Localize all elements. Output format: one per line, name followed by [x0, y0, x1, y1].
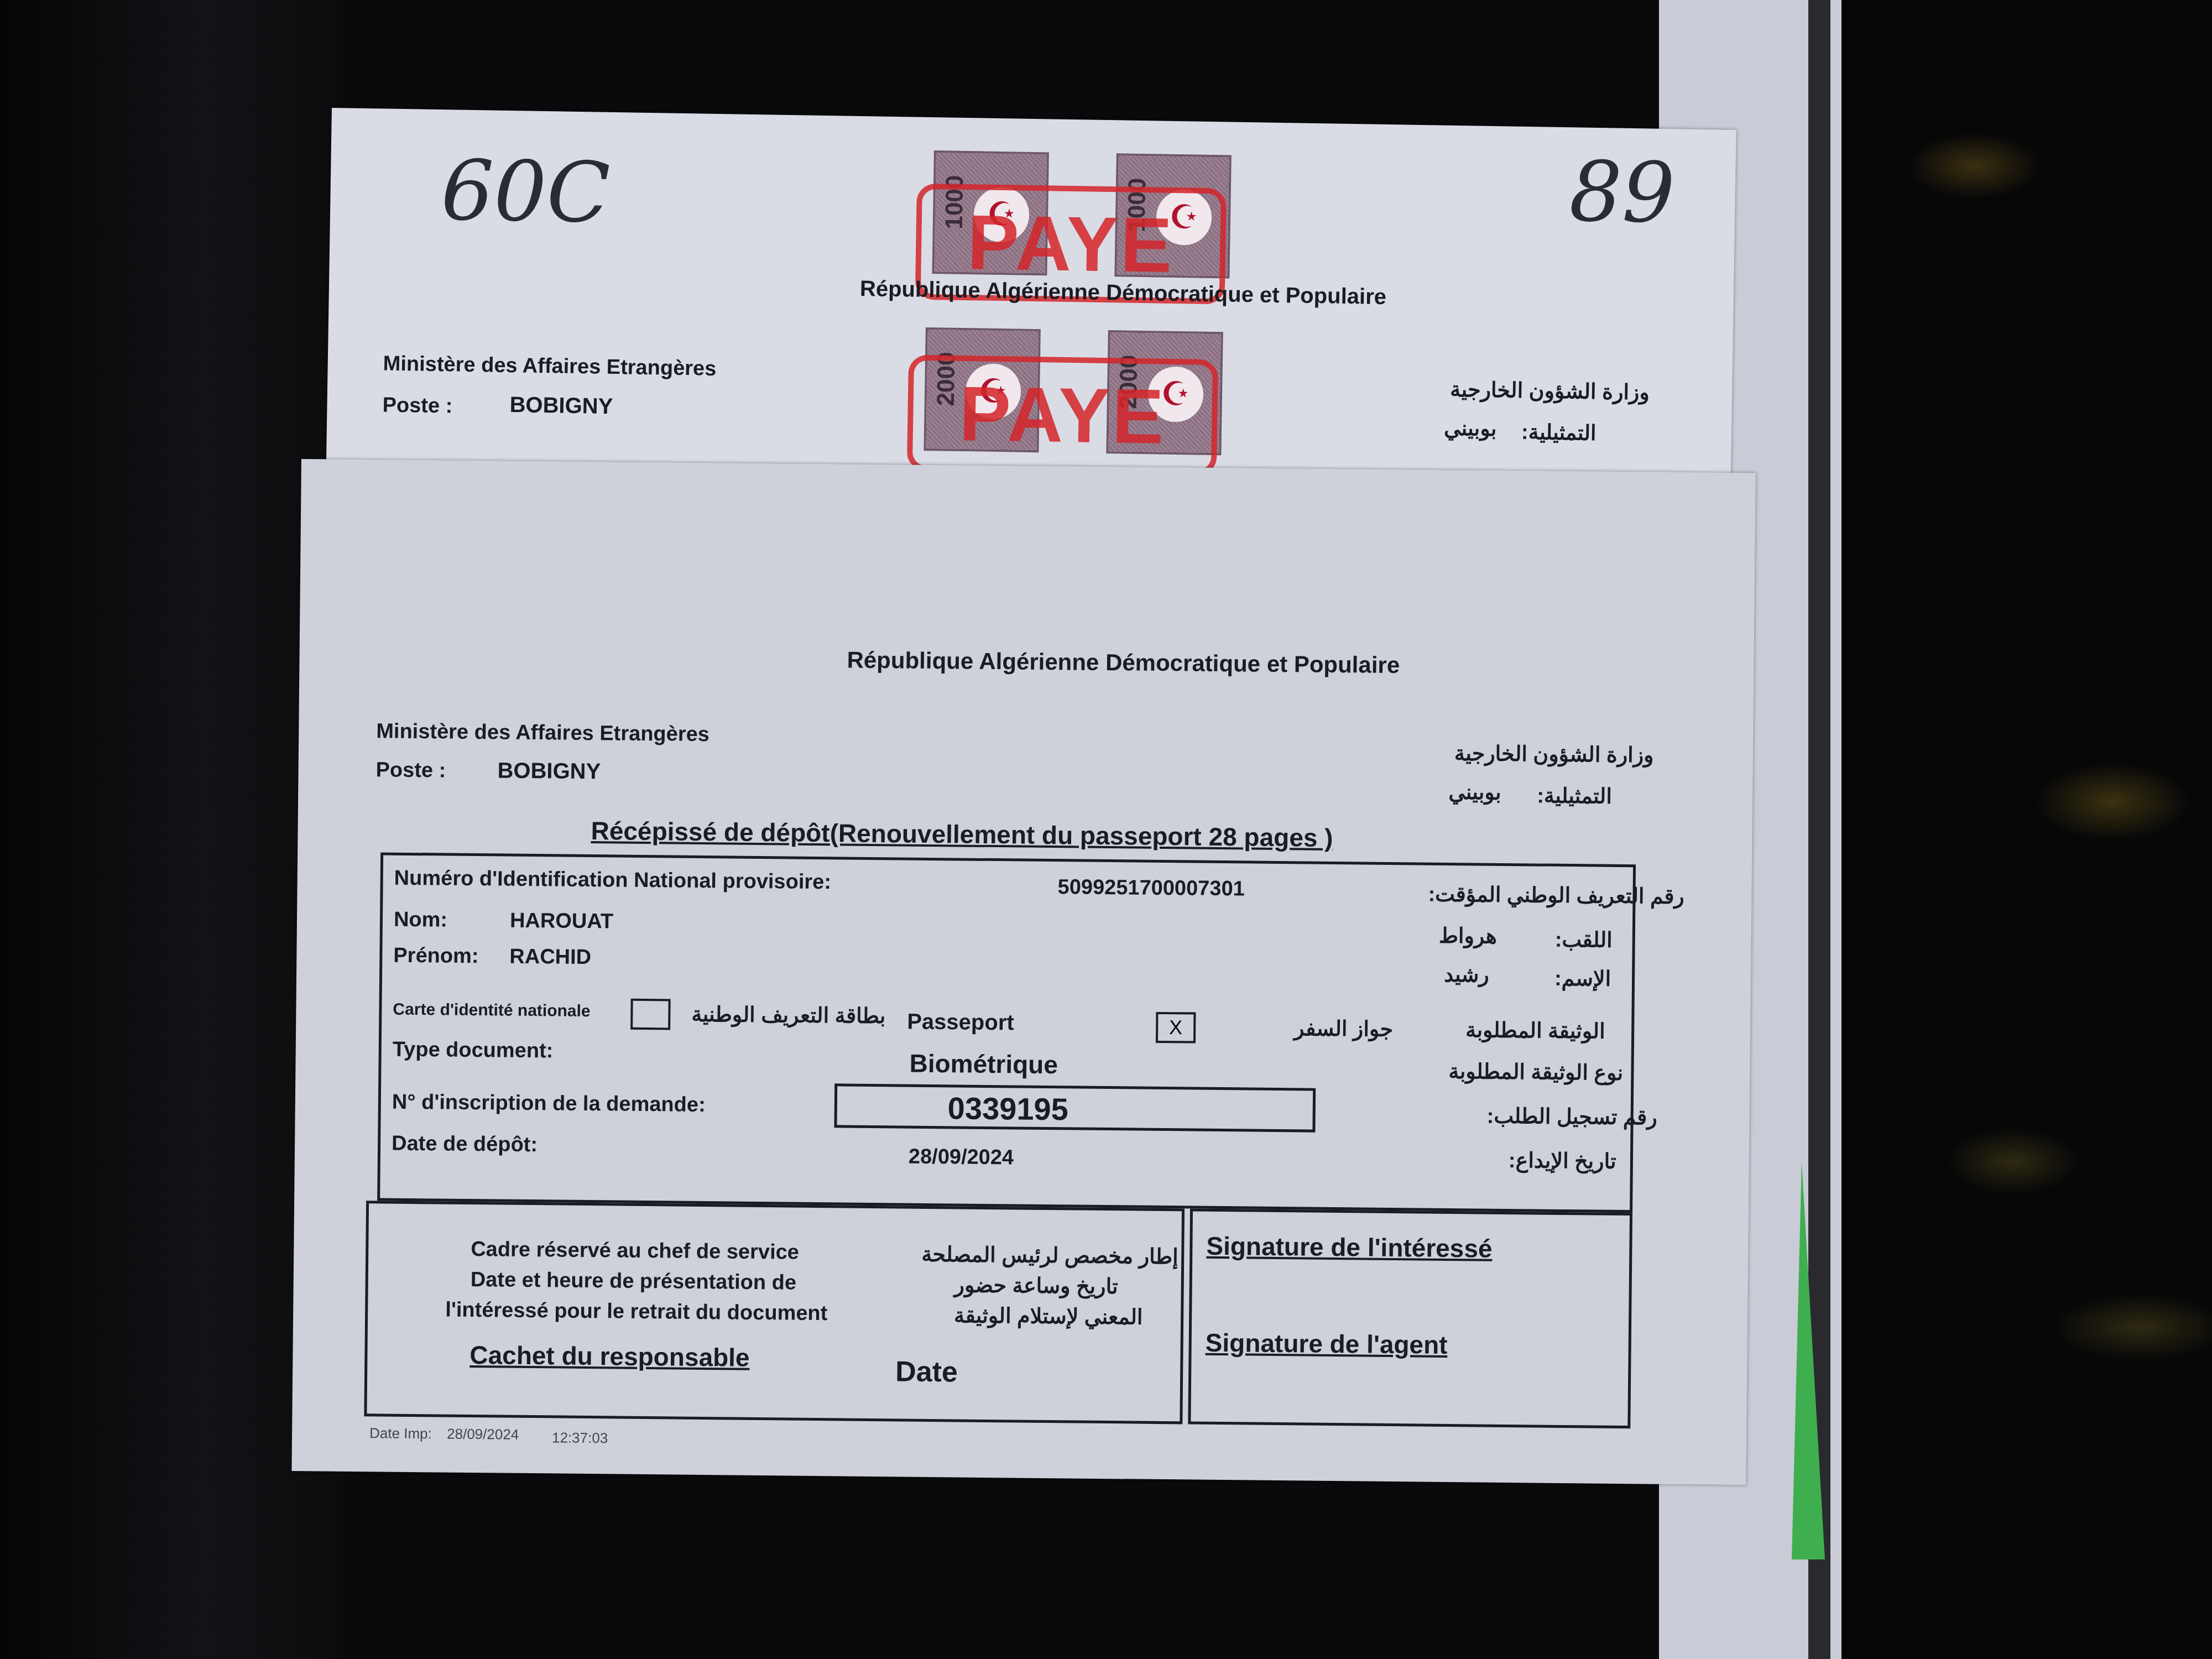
- receipt-title: Récépissé de dépôt(Renouvellement du pas…: [591, 816, 1333, 853]
- date-depot-label-ar: تاريخ الإيداع:: [1509, 1148, 1616, 1174]
- signature-interesse: Signature de l'intéressé: [1206, 1231, 1493, 1264]
- cni-label-ar: بطاقة التعريف الوطنية: [691, 1002, 886, 1029]
- representation-value-ar: بوبيني: [1444, 416, 1497, 441]
- handwritten-note-right: 89: [1569, 144, 1676, 242]
- inscription-label: N° d'inscription de la demande:: [392, 1091, 706, 1117]
- poste-label: Poste :: [382, 394, 452, 419]
- passport-label: Passeport: [907, 1010, 1014, 1036]
- chef-box-ar-line1: إطار مخصص لرئيس المصلحة: [921, 1242, 1178, 1269]
- nin-label-ar: رقم التعريف الوطني المؤقت:: [1428, 882, 1684, 909]
- nin-label: Numéro d'Identification National proviso…: [394, 867, 832, 895]
- background-fabric: [1836, 0, 2212, 1659]
- chef-service-box: Cadre réservé au chef de service Date et…: [364, 1201, 1185, 1424]
- poste-value: BOBIGNY: [497, 758, 601, 784]
- chef-box-line2: Date et heure de présentation de: [471, 1268, 797, 1295]
- ministry-ar: وزارة الشؤون الخارجية: [1450, 377, 1650, 405]
- passport-checkbox[interactable]: X: [1156, 1012, 1196, 1044]
- ministry-fr: Ministère des Affaires Etrangères: [376, 719, 709, 747]
- inscription-value-box: 0339195: [834, 1083, 1316, 1132]
- date-depot-value: 28/09/2024: [909, 1145, 1014, 1170]
- chef-box-line1: Cadre réservé au chef de service: [471, 1238, 799, 1265]
- type-label-ar: نوع الوثيقة المطلوبة: [1448, 1059, 1623, 1086]
- print-time-value: 12:37:03: [552, 1429, 608, 1447]
- nom-label: Nom:: [394, 908, 448, 932]
- republic-title: République Algérienne Démocratique et Po…: [847, 646, 1400, 679]
- print-date-label: Date Imp:: [369, 1425, 432, 1442]
- representation-value-ar: بوبيني: [1448, 780, 1501, 805]
- prenom-label-ar: الإسم:: [1554, 966, 1611, 992]
- republic-title: République Algérienne Démocratique et Po…: [860, 276, 1387, 310]
- print-date-value: 28/09/2024: [447, 1426, 519, 1443]
- prenom-label: Prénom:: [393, 944, 479, 968]
- nom-value: HAROUAT: [510, 909, 614, 934]
- representation-label-ar: التمثيلية:: [1521, 420, 1597, 446]
- type-label: Type document:: [393, 1038, 554, 1063]
- inscription-value: 0339195: [947, 1090, 1068, 1127]
- type-value: Biométrique: [909, 1048, 1058, 1080]
- ministry-fr: Ministère des Affaires Etrangères: [383, 352, 716, 381]
- chef-box-ar-line2: تاريخ وساعة حضور: [954, 1272, 1118, 1299]
- nom-value-ar: هرواط: [1439, 924, 1497, 949]
- handwritten-note-left: 60C: [440, 143, 611, 242]
- applicant-info-box: Numéro d'Identification National proviso…: [377, 852, 1636, 1213]
- nom-label-ar: اللقب:: [1555, 927, 1613, 953]
- requested-doc-label-ar: الوثيقة المطلوبة: [1465, 1018, 1605, 1044]
- passport-label-ar: جواز السفر: [1294, 1016, 1393, 1042]
- cni-checkbox[interactable]: [630, 999, 671, 1030]
- poste-value: BOBIGNY: [509, 393, 613, 419]
- chef-box-ar-line3: المعني لإستلام الوثيقة: [954, 1303, 1143, 1329]
- nin-value: 5099251700007301: [1057, 875, 1245, 901]
- chef-box-line3: l'intéressé pour le retrait du document: [445, 1298, 827, 1326]
- prenom-value-ar: رشيد: [1444, 962, 1489, 988]
- signature-box: Signature de l'intéressé Signature de l'…: [1188, 1208, 1632, 1428]
- date-label: Date: [895, 1355, 958, 1389]
- paye-overprint: PAYE: [907, 354, 1218, 476]
- poste-label: Poste :: [375, 758, 446, 782]
- background-left: [0, 0, 343, 1659]
- representation-label-ar: التمثيلية:: [1537, 783, 1612, 808]
- inscription-label-ar: رقم تسجيل الطلب:: [1486, 1104, 1657, 1130]
- prenom-value: RACHID: [509, 945, 591, 969]
- cni-label: Carte d'identité nationale: [393, 1000, 590, 1021]
- ministry-ar: وزارة الشؤون الخارجية: [1454, 741, 1654, 768]
- receipt-sheet: République Algérienne Démocratique et Po…: [291, 459, 1755, 1485]
- signature-agent: Signature de l'agent: [1205, 1328, 1447, 1360]
- cachet-label: Cachet du responsable: [469, 1340, 750, 1373]
- date-depot-label: Date de dépôt:: [392, 1132, 538, 1157]
